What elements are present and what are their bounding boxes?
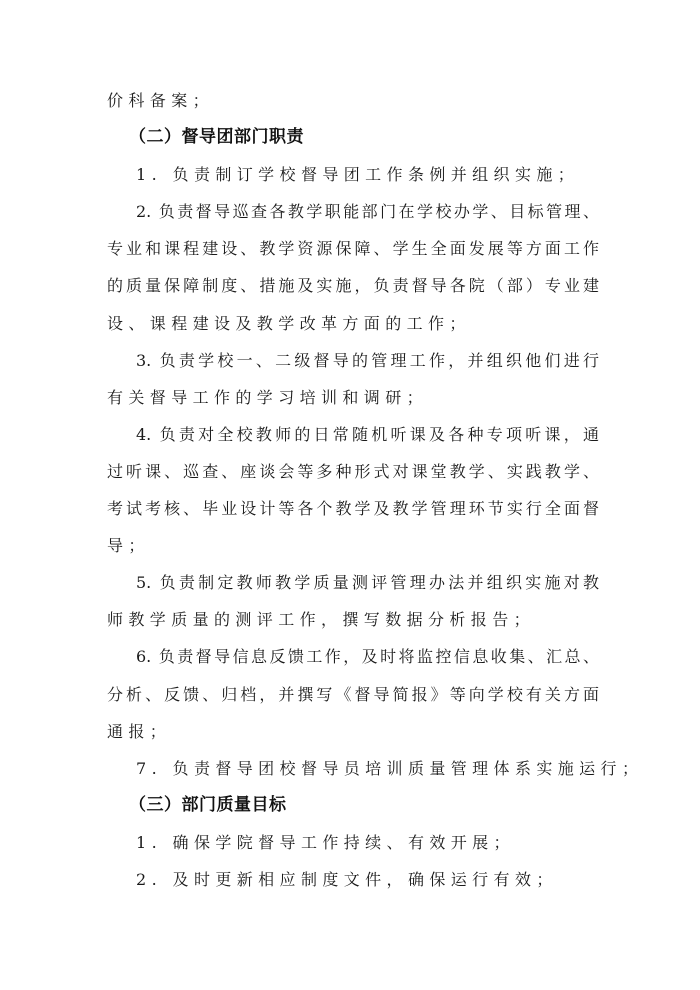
continuation-line: 价科备案； — [107, 82, 599, 119]
document-page: 价科备案； （二）督导团部门职责 1. 负责制订学校督导团工作条例并组织实施； … — [107, 82, 599, 898]
duty-item-6-line-3: 通报； — [107, 713, 599, 750]
duty-item-4-line-3: 考试考核、毕业设计等各个教学及教学管理环节实行全面督 — [107, 490, 599, 527]
duty-item-2-line-1: 2. 负责督导巡查各教学职能部门在学校办学、目标管理、 — [107, 193, 599, 230]
duty-item-2-line-2: 专业和课程建设、教学资源保障、学生全面发展等方面工作 — [107, 230, 599, 267]
duty-item-4-line-2: 过听课、巡查、座谈会等多种形式对课堂教学、实践教学、 — [107, 453, 599, 490]
section-heading-supervision-duties: （二）督导团部门职责 — [107, 119, 599, 156]
duty-item-4-line-1: 4. 负责对全校教师的日常随机听课及各种专项听课，通 — [107, 416, 599, 453]
duty-item-5-line-1: 5. 负责制定教师教学质量测评管理办法并组织实施对教 — [107, 564, 599, 601]
duty-item-3-line-2: 有关督导工作的学习培训和调研； — [107, 379, 599, 416]
duty-item-1: 1. 负责制订学校督导团工作条例并组织实施； — [107, 156, 599, 193]
duty-item-3-line-1: 3. 负责学校一、二级督导的管理工作，并组织他们进行 — [107, 342, 599, 379]
section-heading-quality-goals: （三）部门质量目标 — [107, 787, 599, 824]
duty-item-6-line-1: 6. 负责督导信息反馈工作，及时将监控信息收集、汇总、 — [107, 638, 599, 675]
duty-item-4-line-4: 导； — [107, 527, 599, 564]
duty-item-2-line-3: 的质量保障制度、措施及实施，负责督导各院（部）专业建 — [107, 267, 599, 304]
duty-item-7: 7. 负责督导团校督导员培训质量管理体系实施运行； — [107, 750, 599, 787]
goal-item-1: 1. 确保学院督导工作持续、有效开展； — [107, 824, 599, 861]
duty-item-6-line-2: 分析、反馈、归档，并撰写《督导简报》等向学校有关方面 — [107, 676, 599, 713]
duty-item-5-line-2: 师教学质量的测评工作，撰写数据分析报告； — [107, 601, 599, 638]
duty-item-2-line-4: 设、课程建设及教学改革方面的工作； — [107, 305, 599, 342]
goal-item-2: 2. 及时更新相应制度文件，确保运行有效； — [107, 861, 599, 898]
